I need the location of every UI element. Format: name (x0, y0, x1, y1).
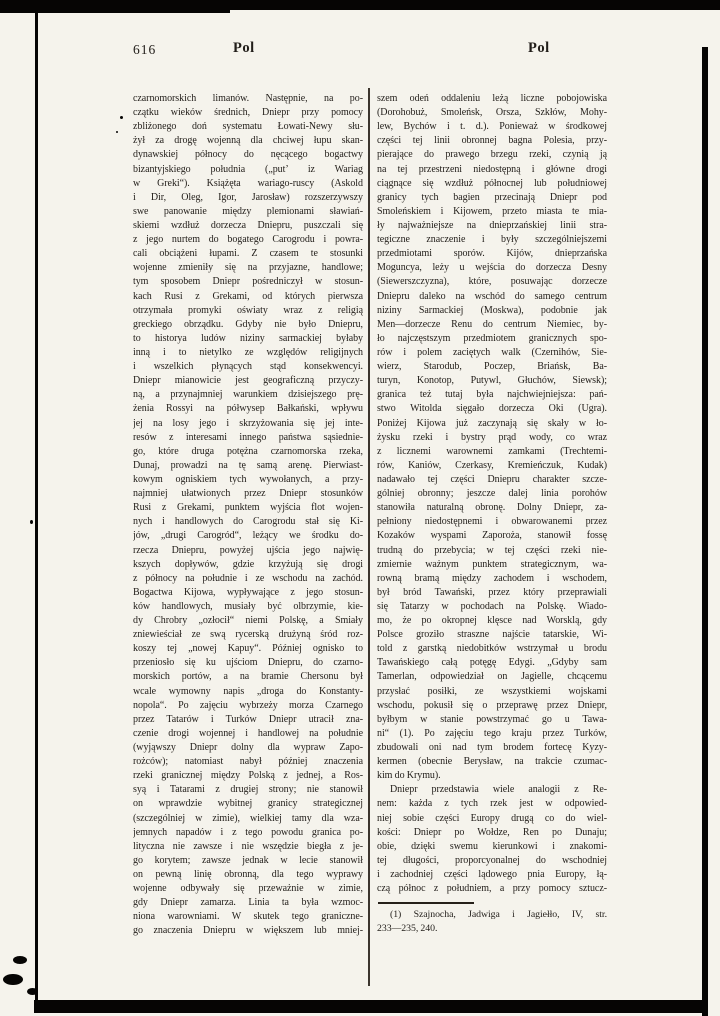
text-line: Dniepr mianowicie jest geograficzną przy… (133, 375, 363, 389)
ink-blot (27, 988, 38, 995)
text-line: (1) Szajnocha, Jadwiga i Jagiełło, IV, s… (377, 909, 607, 923)
footnote-block: (1) Szajnocha, Jadwiga i Jagiełło, IV, s… (377, 902, 607, 937)
text-line: told z garstką niedobitków wstrzymał u b… (377, 643, 607, 657)
text-line: zmiernie ważnym punktem strategicznym, w… (377, 559, 607, 573)
text-line: i zachodniej części lądowego pnia Europy… (377, 869, 607, 883)
text-line: czątku wieków średnich, Dniepr przy pomo… (133, 107, 363, 121)
text-line: tegiczne znaczenie i były szczególniejsz… (377, 234, 607, 248)
text-line: 233—235, 240. (377, 923, 607, 937)
text-line: nych i handlowych do Carogrodu stał się … (133, 516, 363, 530)
text-line: ło najczęstszym przedmiotem granicznych … (377, 333, 607, 347)
text-line: turyn, Konotop, Putywl, Głuchów, Siewsk)… (377, 375, 607, 389)
text-line: (Siewerszczyzna), które, posuwając dorze… (377, 276, 607, 290)
text-line: ną, a przynajmniej warunkiem dzisiejszeg… (133, 389, 363, 403)
text-line: otrzymała promyki oświaty wraz z religią (133, 305, 363, 319)
text-line: tej długości, proporcyonalnej do wschodn… (377, 855, 607, 869)
text-line: w Greki“). Książęta wariago-ruscy (Askol… (133, 178, 363, 192)
text-line: i wszelkich płynących stąd konsekwencyi. (133, 361, 363, 375)
scan-border-left (35, 0, 38, 1002)
text-line: granicy tych bagien przecinają Dniepr po… (377, 192, 607, 206)
text-line: z północy na południe i ze wschodu na za… (133, 573, 363, 587)
text-line: go, które druga potężna czarnomorska rze… (133, 446, 363, 460)
text-line: ły najważniejsze na dnieprzańskiej linii… (377, 220, 607, 234)
text-line: lityczna nie zawsze i nie wszędzie biegł… (133, 841, 363, 855)
text-line: go znaczenia Dniepru w większem lub mnie… (133, 925, 363, 939)
text-line: i Dir, Oleg, Igor, Jarosław) rozszerzyws… (133, 192, 363, 206)
text-line: kości: Dniepr po Wołdze, Ren po Dunaju; (377, 827, 607, 841)
text-line: wierz, Starodub, Poczep, Briańsk, Ba- (377, 361, 607, 375)
text-line: Poniżej Kijowa już zaczynają się skały w… (377, 418, 607, 432)
text-line: nopola“. Po zajęciu wybrzeży morza Czarn… (133, 700, 363, 714)
text-line: Tawańskiego całą potęgę Edygi. „Gdyby sa… (377, 657, 607, 671)
text-line: Dunaj, prowadzi na tę samą arenę. Pierwi… (133, 460, 363, 474)
text-line: wojenne zmieniły się na przyjazne, handl… (133, 262, 363, 276)
text-line: skiemi wzdłuż dorzecza Dniepru, puszczal… (133, 220, 363, 234)
text-line: kach Rusi z Grekami, od których pierwsza (133, 291, 363, 305)
text-line: się Tatarzy w pochodach na Polskę. Wiado… (377, 601, 607, 615)
text-line: inną i to nietylko ze względów religijny… (133, 347, 363, 361)
right-text-column: szem odeń oddaleniu leżą liczne pobojowi… (377, 93, 607, 897)
text-line: zbudowali oni nad tym brodem fortecę Kyz… (377, 742, 607, 756)
text-line: (wyjąwszy Dniepr dolny dla wypraw Zapo- (133, 742, 363, 756)
text-line: czarnomorskich limanów. Następnie, na po… (133, 93, 363, 107)
left-text-column: czarnomorskich limanów. Następnie, na po… (133, 93, 363, 940)
text-line: ni“ (1). Po zajęciu tego kraju przez Tur… (377, 728, 607, 742)
text-line: to historya ludów niziny sarmackiej była… (133, 333, 363, 347)
text-line: (szczególniej w zimie), wielkiej tamy dl… (133, 813, 363, 827)
footnote-text: (1) Szajnocha, Jadwiga i Jagiełło, IV, s… (377, 909, 607, 937)
text-line: żył za drogę wojenną dla chciwej łupu sk… (133, 135, 363, 149)
text-line: nadawało tej części Dniepru charakter sz… (377, 474, 607, 488)
text-line: dy Chrobry „ozłocił“ niemi Polskę, a Śmi… (133, 615, 363, 629)
text-line: kowym ogniskiem tych wywołanych, a przy- (133, 474, 363, 488)
ink-speck (116, 131, 118, 133)
text-line: Tamerlan, odpowiedział on Jagielle, chcą… (377, 671, 607, 685)
ink-blot (13, 956, 27, 964)
text-line: rowną bramą między zachodem i wschodem, (377, 573, 607, 587)
text-line: pełniony niedostępnemi i obwarowanemi pr… (377, 516, 607, 530)
text-line: bizantyjskiego południa („put’ iz Wariag (133, 164, 363, 178)
text-line: kim do Krymu). (377, 770, 607, 784)
text-line: kermen (obecnie Berysław, na trakcie czu… (377, 756, 607, 770)
text-line: trudną do przebycia; w tej części rzeki … (377, 545, 607, 559)
text-line: rożców); natomiast nabył później znaczen… (133, 756, 363, 770)
text-line: Dniepru daleko na wschód do samego centr… (377, 291, 607, 305)
text-line: rów, Kaniów, Czerkasy, Kremieńczuk, Kuda… (377, 460, 607, 474)
text-line: cali obciążeni łupami. Z czasem te stosu… (133, 248, 363, 262)
text-line: kszych dopływów, gdzie krzyżują się drog… (133, 559, 363, 573)
text-line: Smoleńskiem i Kijowem, przeto miasta te … (377, 206, 607, 220)
text-line: morskich portów, a na bramie Chersonu by… (133, 671, 363, 685)
text-line: na tej przestrzeni niedostępną i główne … (377, 164, 607, 178)
text-line: lew, Bychów i t. d.). Ponieważ w środkow… (377, 121, 607, 135)
text-line: przysłać posiłki, ze wszystkiemi wojskam… (377, 686, 607, 700)
text-line: on pewną linię obronną, dla tego wyprawy (133, 869, 363, 883)
text-line: (Dorohobuż, Smoleńsk, Orsza, Szkłów, Moh… (377, 107, 607, 121)
text-line: Men—dorzecze Renu do centrum Niemiec, by… (377, 319, 607, 333)
text-line: żysku rzeki i bystry prąd wody, co wraz (377, 432, 607, 446)
text-line: zniewieściał ze swą rycerską drużyną śró… (133, 629, 363, 643)
text-line: najmniej ułatwionych przez Dniepr stosun… (133, 488, 363, 502)
text-line: obie, dzięki swemu kierunkowi i znakomi- (377, 841, 607, 855)
text-line: wschodu, pokusił się o przeprawę przez D… (377, 700, 607, 714)
text-line: mo, że po okropnej klęsce nad Worsklą, g… (377, 615, 607, 629)
text-line: przez Tatarów i Turków Dniepr utracił zn… (133, 714, 363, 728)
text-line: jów, „drugi Carogród“, leżący we środku … (133, 530, 363, 544)
text-line: rzeki granicznej między Polską z jednej,… (133, 770, 363, 784)
text-line: gdy Dniepr zamarza. Linia ta była wzmoc- (133, 897, 363, 911)
text-line: nem: każda z tych rzek jest w odpowied- (377, 798, 607, 812)
text-line: dynawskiej północy do nęcącego bogactwy (133, 149, 363, 163)
footnote-separator-rule (378, 902, 474, 904)
text-line: ciągnące się wzdłuż północnej lub połudn… (377, 178, 607, 192)
text-line: przedmiotami sporów. Kijów, dnieprzańska (377, 248, 607, 262)
text-line: szem odeń oddaleniu leżą liczne pobojowi… (377, 93, 607, 107)
ink-speck (120, 116, 123, 119)
text-line: stwo Witolda sięgało dorzecza Oki (Ugra)… (377, 403, 607, 417)
text-line: on wprawdzie wybitnej granicy strategicz… (133, 798, 363, 812)
text-line: stanowiła naturalną obronę. Dolny Dniepr… (377, 502, 607, 516)
text-line: niona warowniami. W skutek tego graniczn… (133, 911, 363, 925)
text-line: koszy tej „nowej Kapuy“. Później ognisko… (133, 643, 363, 657)
text-line: swe panowanie między plemionami sławiań- (133, 206, 363, 220)
text-line: zbliżonego doń systematu Łowati-Newy słu… (133, 121, 363, 135)
scan-border-bottom (34, 1000, 708, 1013)
text-line: jemnych napadów i z tego powodu granica … (133, 827, 363, 841)
text-line: tym sposobem Dniepr pośredniczył w stosu… (133, 276, 363, 290)
text-line: przeniosło się ku ujściom Dniepru, do cz… (133, 657, 363, 671)
scan-border-top (0, 0, 720, 10)
ink-blot (3, 974, 23, 985)
text-line: był bród Tawański, przez który przeprawi… (377, 587, 607, 601)
running-head-left: Pol (233, 40, 255, 57)
text-line: czenie drogi wojennej i handlowej na poł… (133, 728, 363, 742)
text-line: pierające do prawego brzegu rzeki, czyni… (377, 149, 607, 163)
text-line: ków handlowych, musiały być olbrzymie, k… (133, 601, 363, 615)
text-line: niziny Sarmackiej (Moskwa), podobnie jak (377, 305, 607, 319)
scanned-page: { "colors": { "paper": "#f5f3ec", "ink":… (0, 0, 720, 1016)
text-line: wcale wymowny napis „droga do Konstanty- (133, 686, 363, 700)
text-line: Moguncya, leży u wejścia do dorzecza Des… (377, 262, 607, 276)
text-line: Polsce groziło straszne najście tatarski… (377, 629, 607, 643)
text-line: greckiego obrządku. Gdyby nie było Dniep… (133, 319, 363, 333)
text-line: czą północ z południem, a przy pomocy sz… (377, 883, 607, 897)
text-line: Bogactwa Kijowa, wypływające z jego stos… (133, 587, 363, 601)
text-line: z licznemi warownemi zamkami (Trechtemi- (377, 446, 607, 460)
running-head-right: Pol (528, 40, 550, 57)
text-line: Dniepr przedstawia wiele analogii z Re- (377, 784, 607, 798)
text-line: rzecza Dniepru, powyżej ujścia jego najw… (133, 545, 363, 559)
text-line: resów z interesami innego państwa sąsied… (133, 432, 363, 446)
text-line: syą i Tatarami z drugiej strony; nie sta… (133, 784, 363, 798)
text-line: Rusi z Grekami, punktem wyjścia flot woj… (133, 502, 363, 516)
text-line: rów i polem zaciętych walk (Czernihów, S… (377, 347, 607, 361)
text-line: go korytem; zawsze jednak w lecie stanow… (133, 855, 363, 869)
text-line: jej na losy jego i skrzyżowania się jej … (133, 418, 363, 432)
text-line: Kozaków wyspami Zaporoża, stanowił fossę (377, 530, 607, 544)
scan-border-right (702, 47, 708, 1016)
text-line: byłbym w stanie powstrzymać go u Tawa- (377, 714, 607, 728)
text-line: wojenne odbywały się przeważnie w zimie, (133, 883, 363, 897)
column-divider-rule (368, 88, 370, 986)
text-line: niej sobie części Europy drugą co do wie… (377, 813, 607, 827)
text-line: gólniej obronny; jeszcze dalej linia por… (377, 488, 607, 502)
text-line: granica też tutaj była najchwiejniejsza:… (377, 389, 607, 403)
page-number: 616 (133, 42, 156, 58)
text-line: żenia Rossyi na półwysep Bałkański, wpły… (133, 403, 363, 417)
text-line: z jego nurtem do bogatego Carogrodu i po… (133, 234, 363, 248)
ink-speck (30, 520, 33, 524)
text-line: części tej linii obronnej bagna Polesia,… (377, 135, 607, 149)
